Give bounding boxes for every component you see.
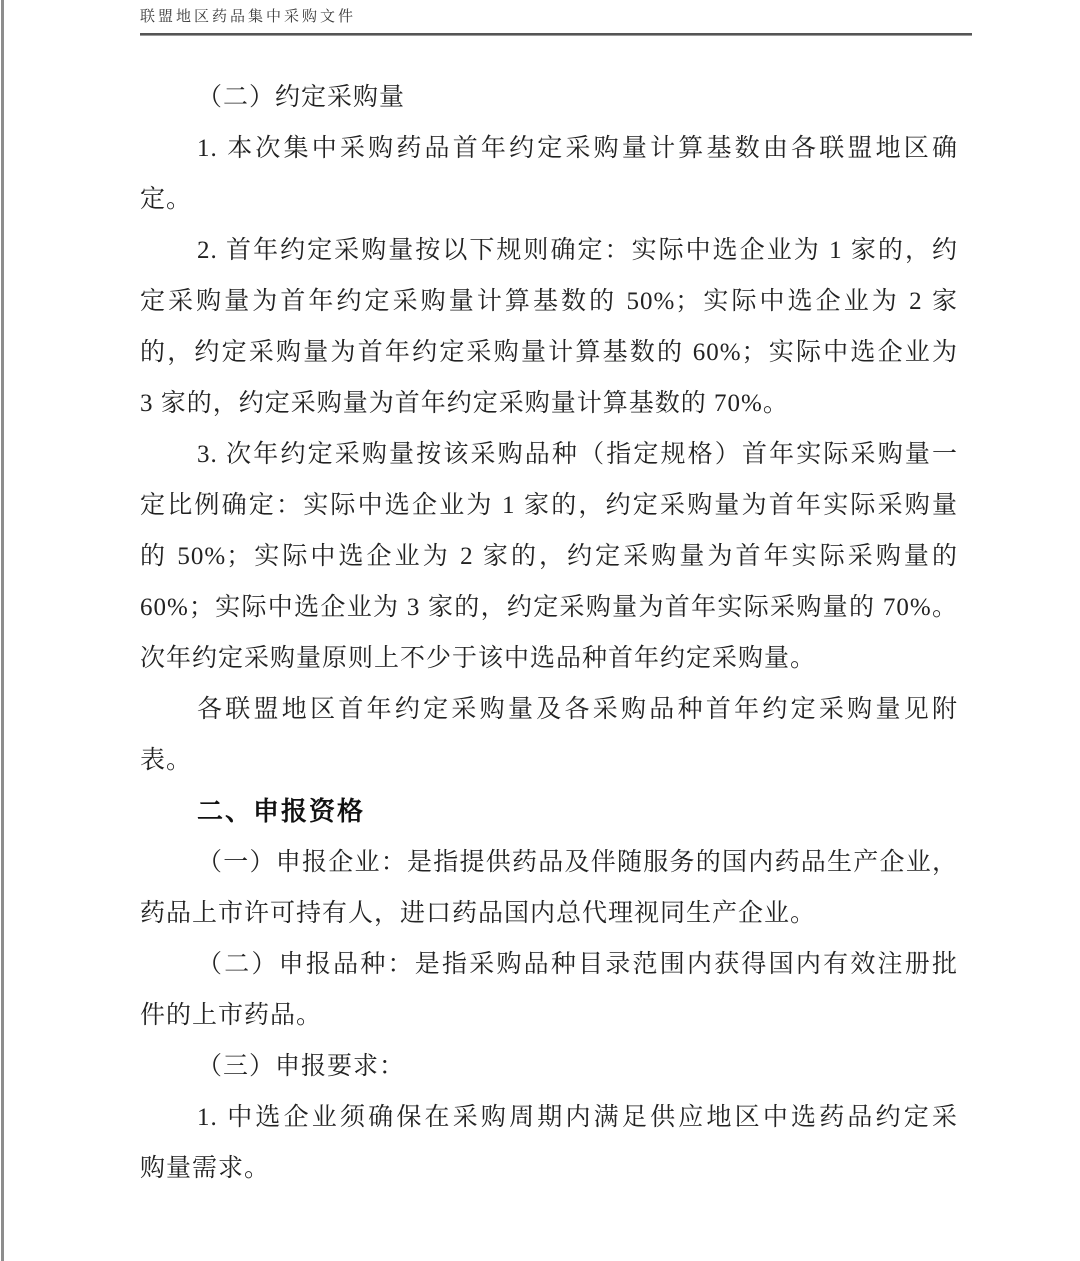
page-header-title: 联盟地区药品集中采购文件 — [140, 0, 972, 26]
doc-line: 各联盟地区首年约定采购量及各采购品种首年约定采购量见附 — [140, 684, 958, 735]
subsection-heading: （二）约定采购量 — [140, 72, 958, 123]
doc-line: 3. 次年约定采购量按该采购品种（指定规格）首年实际采购量一 — [140, 429, 958, 480]
doc-line: 60%；实际中选企业为 3 家的，约定采购量为首年实际采购量的 70%。 — [140, 582, 958, 633]
doc-line: （一）申报企业：是指提供药品及伴随服务的国内药品生产企业， — [140, 837, 958, 888]
doc-line: 定比例确定：实际中选企业为 1 家的，约定采购量为首年实际采购量 — [140, 480, 958, 531]
doc-line: 1. 本次集中采购药品首年约定采购量计算基数由各联盟地区确 — [140, 123, 958, 174]
page-header: 联盟地区药品集中采购文件 — [140, 0, 972, 36]
section-heading: 二、申报资格 — [140, 786, 958, 837]
doc-line: 定采购量为首年约定采购量计算基数的 50%；实际中选企业为 2 家 — [140, 276, 958, 327]
doc-line: 购量需求。 — [140, 1143, 958, 1194]
header-divider — [140, 33, 972, 36]
doc-line: 3 家的，约定采购量为首年约定采购量计算基数的 70%。 — [140, 378, 958, 429]
doc-line: 定。 — [140, 174, 958, 225]
doc-line: 件的上市药品。 — [140, 990, 958, 1041]
document-body: （二）约定采购量 1. 本次集中采购药品首年约定采购量计算基数由各联盟地区确 定… — [140, 72, 958, 1194]
document-page: 联盟地区药品集中采购文件 （二）约定采购量 1. 本次集中采购药品首年约定采购量… — [0, 0, 1080, 1261]
doc-line: 药品上市许可持有人，进口药品国内总代理视同生产企业。 — [140, 888, 958, 939]
page-left-edge-line — [1, 0, 4, 1261]
doc-line: 表。 — [140, 735, 958, 786]
doc-line: （二）申报品种：是指采购品种目录范围内获得国内有效注册批 — [140, 939, 958, 990]
subsection-heading: （三）申报要求： — [140, 1041, 958, 1092]
doc-line: 次年约定采购量原则上不少于该中选品种首年约定采购量。 — [140, 633, 958, 684]
doc-line: 的 50%；实际中选企业为 2 家的，约定采购量为首年实际采购量的 — [140, 531, 958, 582]
doc-line: 的，约定采购量为首年约定采购量计算基数的 60%；实际中选企业为 — [140, 327, 958, 378]
doc-line: 1. 中选企业须确保在采购周期内满足供应地区中选药品约定采 — [140, 1092, 958, 1143]
doc-line: 2. 首年约定采购量按以下规则确定：实际中选企业为 1 家的，约 — [140, 225, 958, 276]
